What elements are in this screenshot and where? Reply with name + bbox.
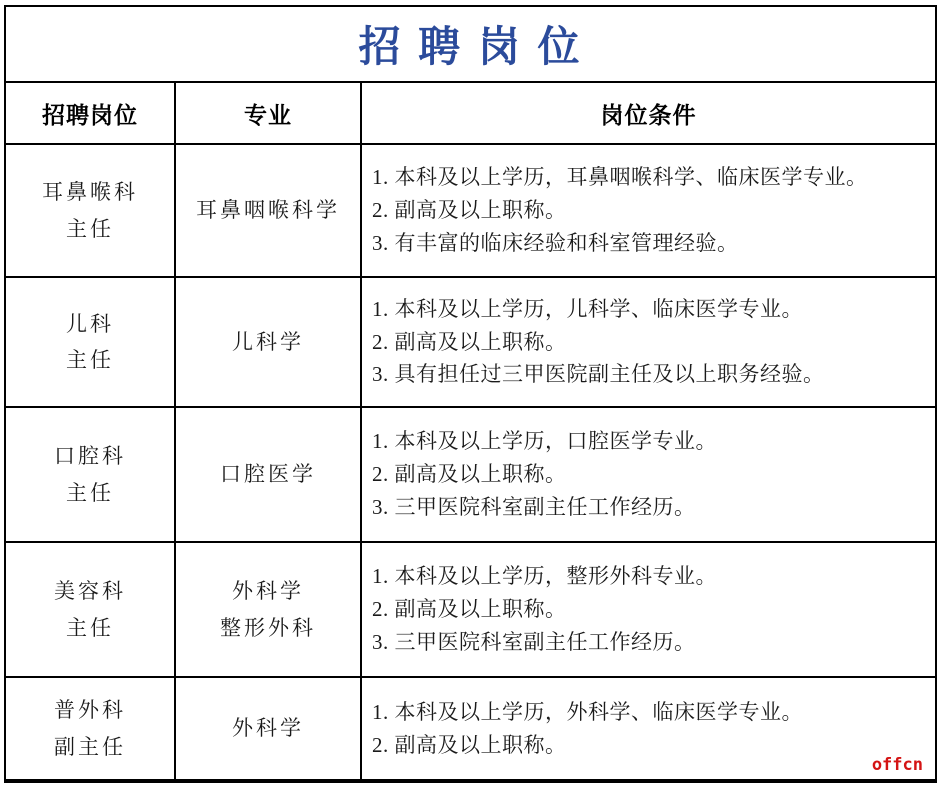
condition-line: 3. 有丰富的临床经验和科室管理经验。 — [372, 227, 739, 260]
condition-line: 1. 本科及以上学历，儿科学、临床医学专业。 — [372, 293, 803, 326]
position-cell: 儿科 主任 — [6, 278, 176, 408]
recruitment-table: 招 聘 岗 位 招聘岗位 专业 岗位条件 耳鼻喉科 主任 耳鼻咽喉科学 1. 本… — [4, 5, 937, 783]
condition-line: 2. 副高及以上职称。 — [372, 326, 567, 359]
major-line: 外科学 — [232, 710, 304, 746]
major-line: 整形外科 — [220, 610, 316, 646]
major-line: 耳鼻咽喉科学 — [196, 192, 340, 228]
condition-line: 1. 本科及以上学历，口腔医学专业。 — [372, 425, 717, 458]
header-cell-position: 招聘岗位 — [6, 83, 176, 145]
major-line: 儿科学 — [232, 324, 304, 360]
header-cell-conditions: 岗位条件 — [362, 83, 935, 145]
major-line: 口腔医学 — [220, 456, 316, 492]
condition-line: 1. 本科及以上学历，外科学、临床医学专业。 — [372, 696, 803, 729]
major-line: 外科学 — [232, 573, 304, 609]
position-line: 儿科 — [66, 306, 114, 342]
conditions-cell: 1. 本科及以上学历，耳鼻咽喉科学、临床医学专业。 2. 副高及以上职称。 3.… — [362, 145, 935, 278]
position-line: 副主任 — [54, 729, 126, 765]
position-line: 耳鼻喉科 — [42, 174, 138, 210]
position-line: 主任 — [66, 211, 114, 247]
page-title: 招 聘 岗 位 — [6, 7, 935, 83]
condition-line: 2. 副高及以上职称。 — [372, 458, 567, 491]
major-cell: 口腔医学 — [176, 408, 362, 543]
conditions-cell: 1. 本科及以上学历，儿科学、临床医学专业。 2. 副高及以上职称。 3. 具有… — [362, 278, 935, 408]
condition-line: 1. 本科及以上学历，整形外科专业。 — [372, 560, 717, 593]
position-line: 主任 — [66, 342, 114, 378]
condition-line: 3. 三甲医院科室副主任工作经历。 — [372, 626, 696, 659]
condition-line: 3. 三甲医院科室副主任工作经历。 — [372, 491, 696, 524]
conditions-cell: 1. 本科及以上学历，外科学、临床医学专业。 2. 副高及以上职称。 — [362, 678, 935, 781]
position-line: 主任 — [66, 475, 114, 511]
position-line: 口腔科 — [54, 438, 126, 474]
position-line: 美容科 — [54, 573, 126, 609]
major-cell: 耳鼻咽喉科学 — [176, 145, 362, 278]
condition-line: 3. 具有担任过三甲医院副主任及以上职务经验。 — [372, 358, 825, 391]
major-cell: 外科学 — [176, 678, 362, 781]
condition-line: 2. 副高及以上职称。 — [372, 593, 567, 626]
major-cell: 儿科学 — [176, 278, 362, 408]
conditions-cell: 1. 本科及以上学历，口腔医学专业。 2. 副高及以上职称。 3. 三甲医院科室… — [362, 408, 935, 543]
condition-line: 2. 副高及以上职称。 — [372, 729, 567, 762]
position-line: 主任 — [66, 610, 114, 646]
position-cell: 美容科 主任 — [6, 543, 176, 678]
position-cell: 耳鼻喉科 主任 — [6, 145, 176, 278]
condition-line: 1. 本科及以上学历，耳鼻咽喉科学、临床医学专业。 — [372, 161, 868, 194]
header-cell-major: 专业 — [176, 83, 362, 145]
conditions-cell: 1. 本科及以上学历，整形外科专业。 2. 副高及以上职称。 3. 三甲医院科室… — [362, 543, 935, 678]
position-cell: 口腔科 主任 — [6, 408, 176, 543]
position-cell: 普外科 副主任 — [6, 678, 176, 781]
offcn-watermark: offcn — [872, 755, 923, 775]
major-cell: 外科学 整形外科 — [176, 543, 362, 678]
position-line: 普外科 — [54, 692, 126, 728]
condition-line: 2. 副高及以上职称。 — [372, 194, 567, 227]
